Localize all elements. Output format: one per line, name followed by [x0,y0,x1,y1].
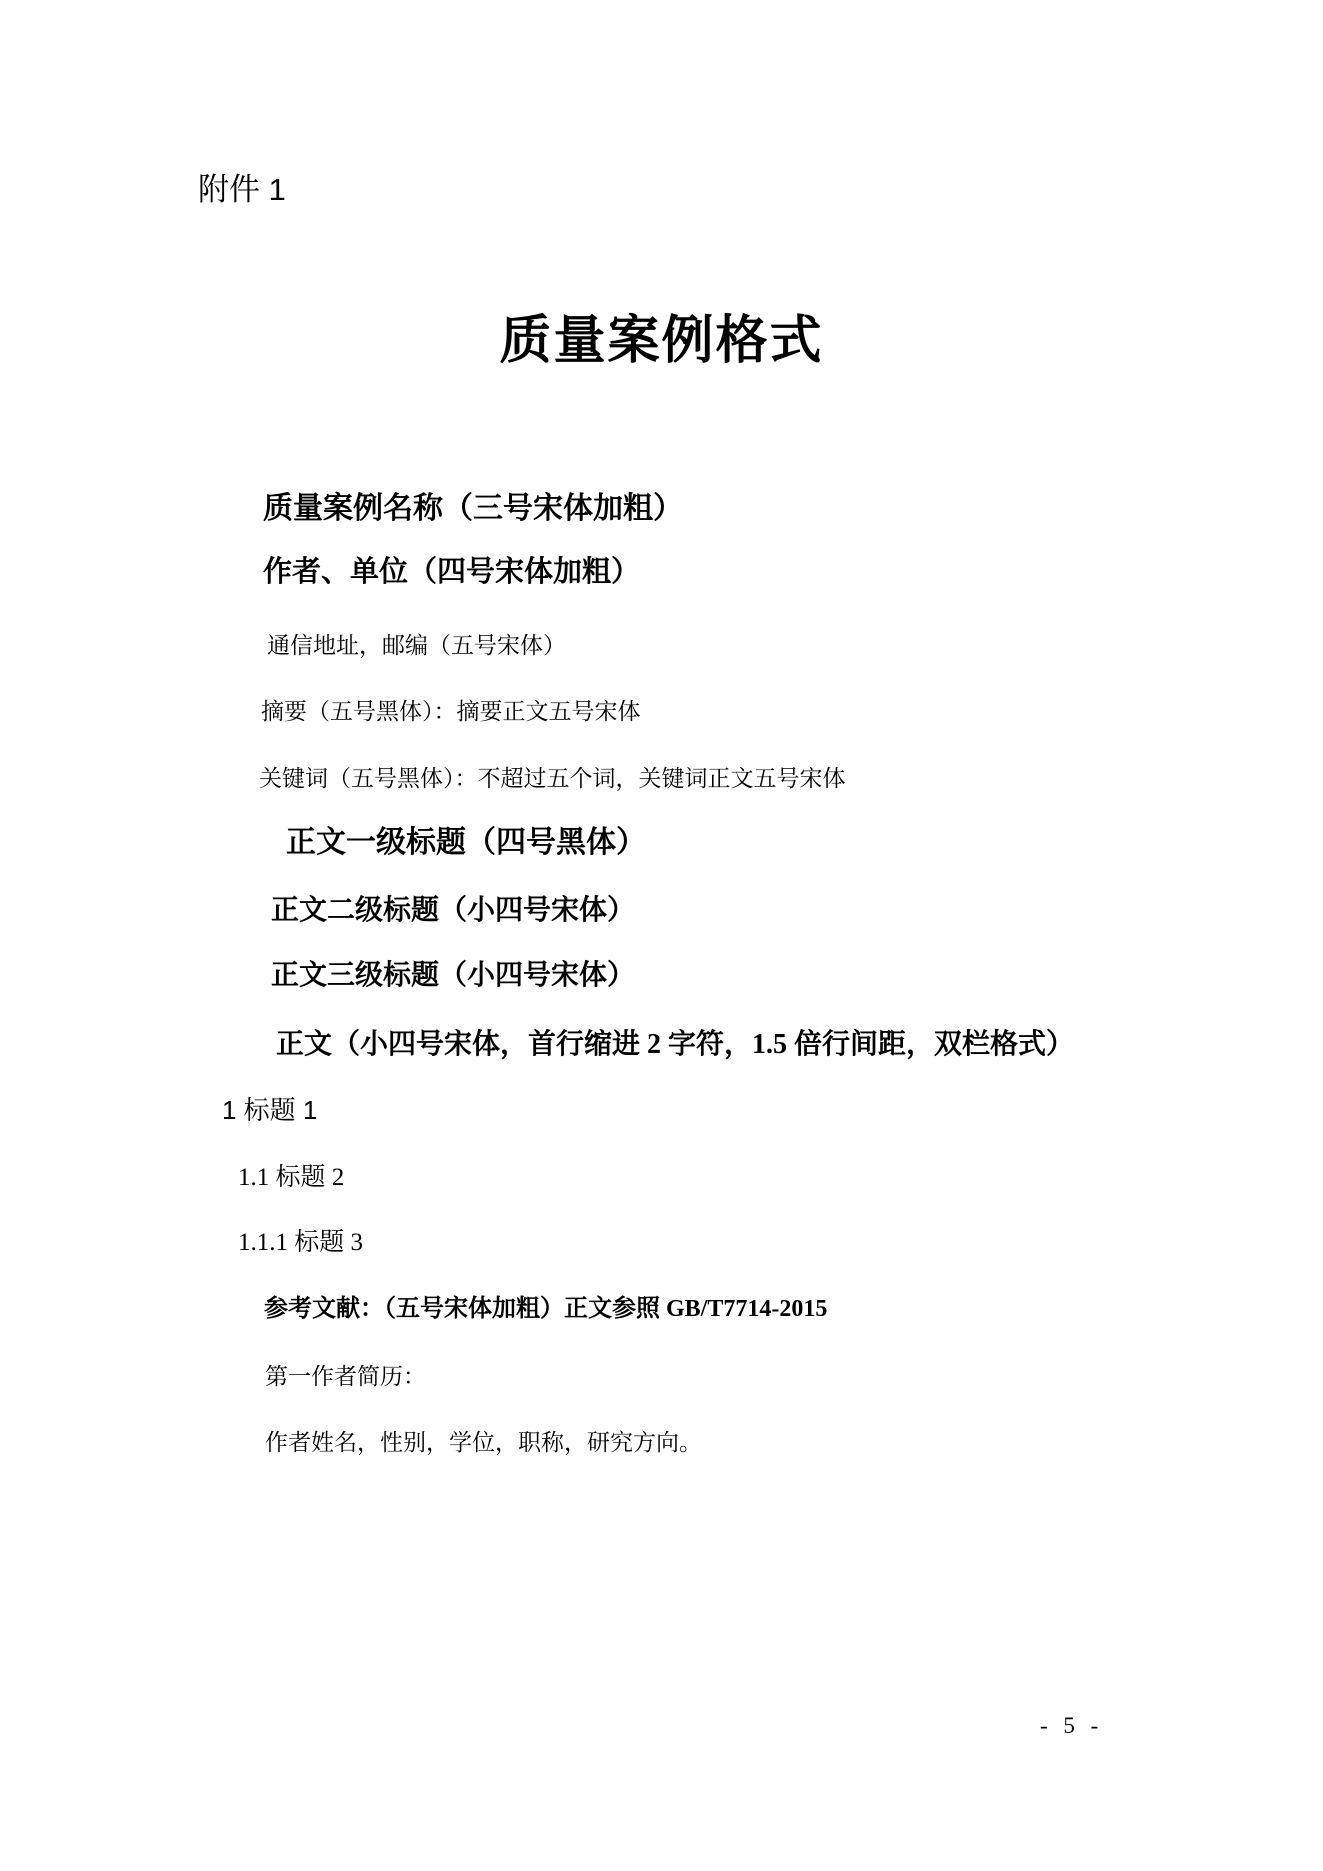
spec-contact-address: 通信地址，邮编（五号宋体） [267,633,566,659]
spec-level3-heading: 正文三级标题（小四号宋体） [271,960,635,992]
author-details: 作者姓名，性别，学位，职称，研究方向。 [265,1430,702,1456]
page-number: - 5 - [1040,1713,1103,1739]
spec-body-text: 正文（小四号宋体，首行缩进 2 字符，1.5 倍行间距，双栏格式） [276,1029,1074,1061]
spec-level2-heading: 正文二级标题（小四号宋体） [271,895,635,927]
document-page: 附件 1 质量案例格式 质量案例名称（三号宋体加粗） 作者、单位（四号宋体加粗）… [0,0,1323,1871]
sample-heading-3: 1.1.1 标题 3 [238,1229,363,1258]
spec-abstract: 摘要（五号黑体）：摘要正文五号宋体 [261,698,641,724]
sample-heading-1: 1 标题 1 [222,1096,317,1126]
spec-level1-heading: 正文一级标题（四号黑体） [286,826,646,861]
document-title: 质量案例格式 [0,312,1323,372]
spec-case-title: 质量案例名称（三号宋体加粗） [263,492,683,527]
attachment-label: 附件 1 [198,172,286,208]
spec-references: 参考文献：（五号宋体加粗）正文参照 GB/T7714-2015 [264,1296,827,1324]
spec-keywords: 关键词（五号黑体）：不超过五个词，关键词正文五号宋体 [259,765,846,791]
spec-author-affiliation: 作者、单位（四号宋体加粗） [263,556,640,589]
sample-heading-2: 1.1 标题 2 [238,1164,344,1193]
first-author-resume-label: 第一作者简历： [265,1364,426,1390]
